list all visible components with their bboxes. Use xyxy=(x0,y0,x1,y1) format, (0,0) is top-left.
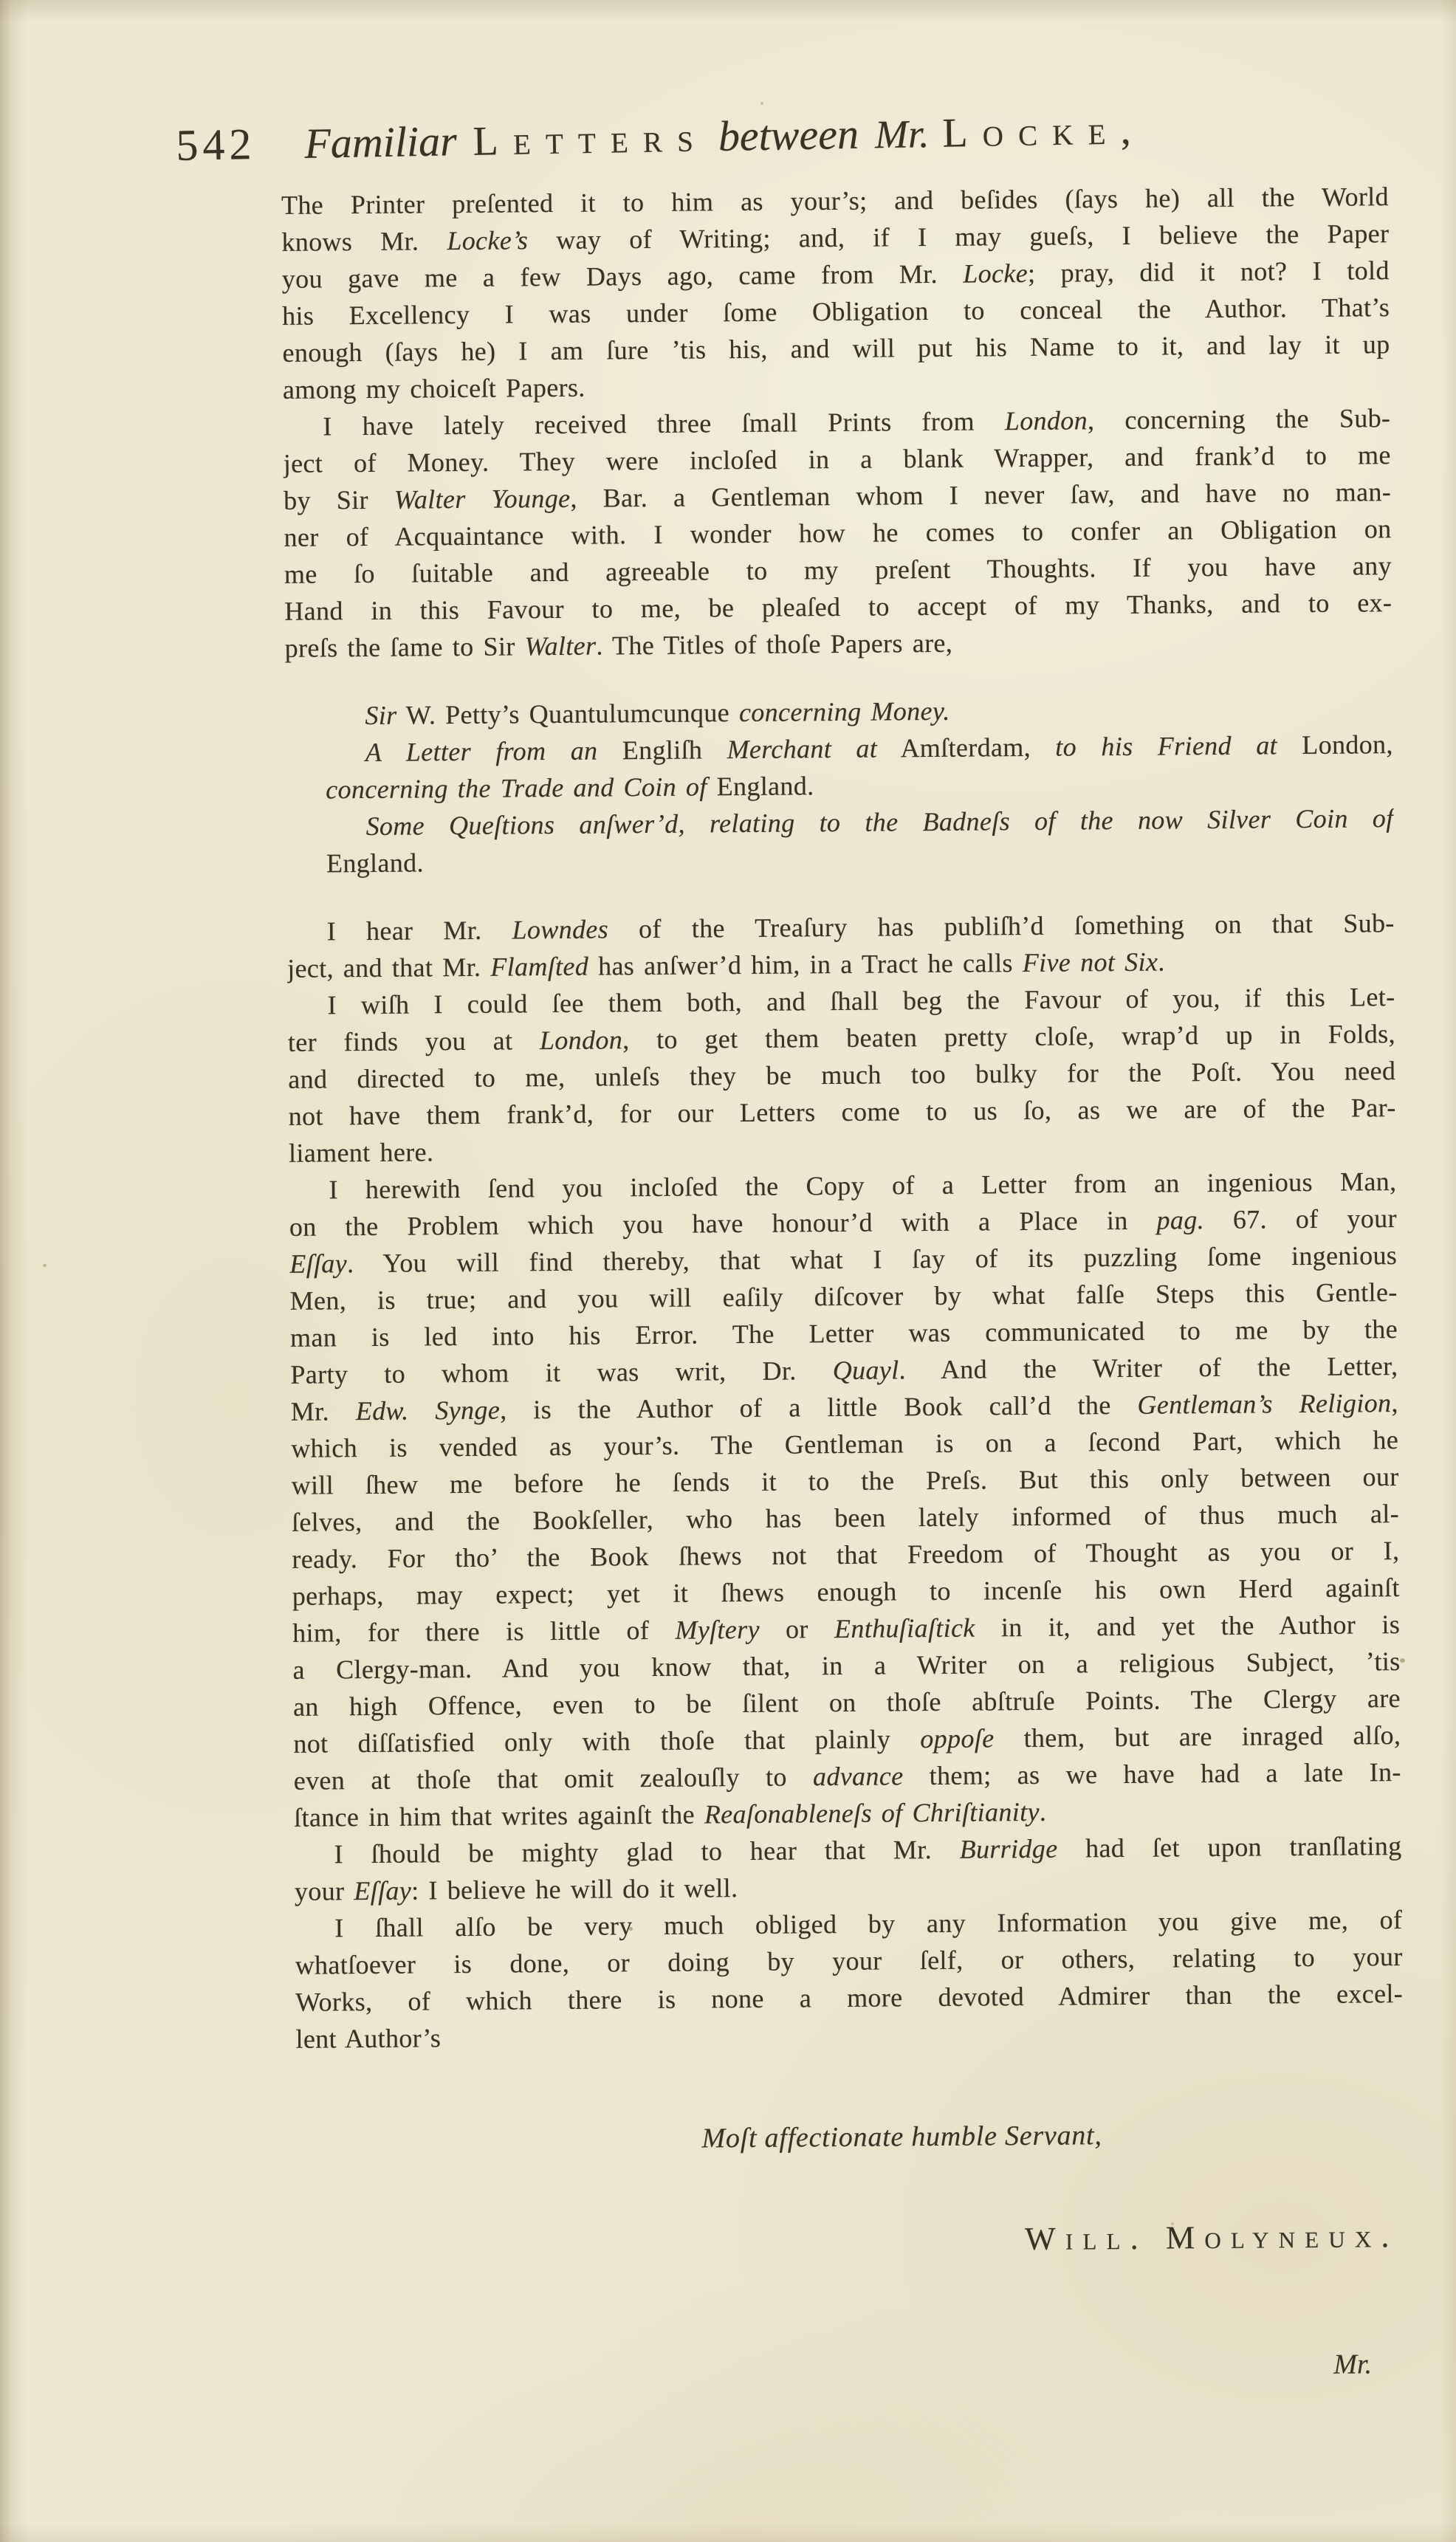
running-header: 542 Familiar Letters between Mr. Locke, xyxy=(176,99,1389,171)
paragraph: I have lately received three ſmall Print… xyxy=(283,399,1393,667)
signature: Will. Molyneux. xyxy=(1025,2218,1399,2257)
paper-speck xyxy=(43,1264,47,1267)
list-item: Some Queſtions anſwer’d, relating to the… xyxy=(286,800,1394,882)
paragraph: I hear Mr. Lowndes of the Treaſury has p… xyxy=(287,904,1395,987)
closing-block: Moſt affectionate humble Servant, xyxy=(296,2117,1404,2158)
paper-speck xyxy=(760,102,763,105)
text-line: preſs the ſame to Sir Walter. The Titles… xyxy=(285,621,1393,667)
list-item: A Letter from an Engliſh Merchant at Amſ… xyxy=(286,726,1394,808)
signature-row: Will. Molyneux. xyxy=(297,2217,1404,2264)
page-content: 542 Familiar Letters between Mr. Locke, … xyxy=(281,105,1406,2389)
paper-speck xyxy=(1400,1658,1405,1663)
header-word-familiar: Familiar xyxy=(304,116,457,168)
page-number: 542 xyxy=(176,119,256,171)
letter-body: The Printer preſented it to him as your’… xyxy=(281,178,1404,2058)
paragraph: I herewith ſend you incloſed the Copy of… xyxy=(289,1163,1401,1836)
paragraph: I ſhall alſo be very much obliged by any… xyxy=(295,1901,1404,2058)
catchword-row: Mr. xyxy=(298,2348,1406,2389)
book-page: 542 Familiar Letters between Mr. Locke, … xyxy=(0,0,1456,2542)
closing-salutation: Moſt affectionate humble Servant, xyxy=(701,2119,1102,2154)
title-list: Sir W. Petty’s Quantulumcunque concernin… xyxy=(285,689,1394,882)
header-word-letters: Letters xyxy=(473,114,708,165)
header-word-locke: Locke, xyxy=(942,106,1146,157)
paragraph: I wiſh I could ſee them both, and ſhall … xyxy=(287,978,1396,1172)
header-word-mr: Mr. xyxy=(874,111,930,157)
paragraph: I ſhould be mighty glad to hear that Mr.… xyxy=(294,1827,1402,1910)
paragraph: The Printer preſented it to him as your’… xyxy=(281,178,1390,408)
header-word-between: between xyxy=(718,109,859,161)
catchword: Mr. xyxy=(1333,2349,1372,2380)
